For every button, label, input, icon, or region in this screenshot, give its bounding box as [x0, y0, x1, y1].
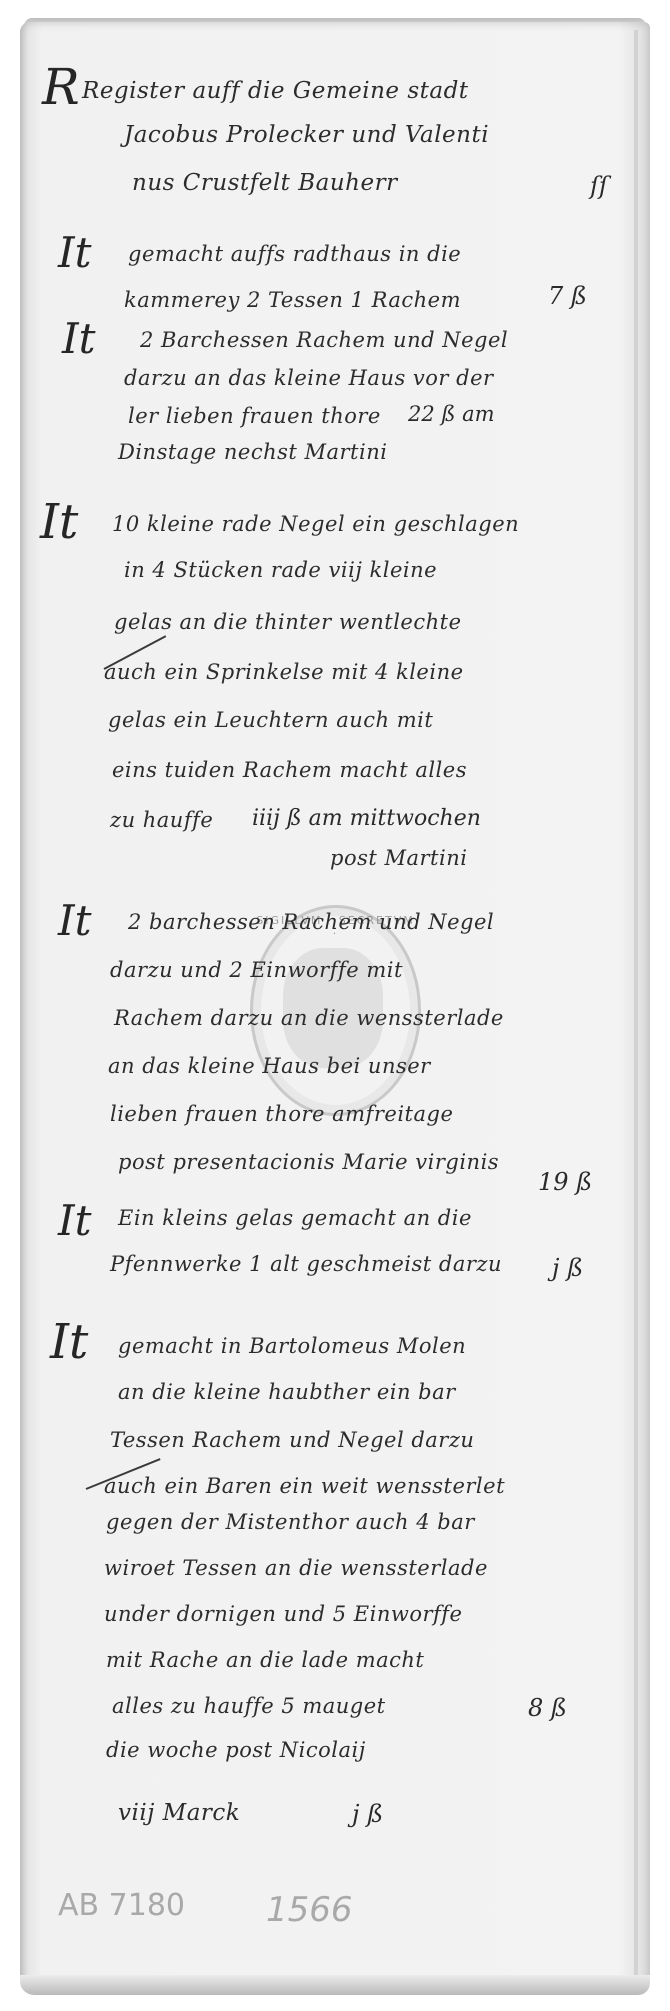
entry-line: auch ein Baren ein weit wenssterlet: [104, 1474, 505, 1498]
archive-signature: AB 7180: [58, 1888, 185, 1923]
entry-line: alles zu hauffe 5 mauget: [112, 1694, 386, 1718]
entry-line: Rachem darzu an die wenssterlade: [114, 1006, 504, 1030]
entry-amount: 19 ß: [538, 1168, 592, 1196]
entry-amount: 7 ß: [548, 282, 587, 310]
entry-line: Dinstage nechst Martini: [118, 440, 387, 464]
entry-line: wiroet Tessen an die wenssterlade: [104, 1556, 488, 1580]
entry-line: gemacht auffs radthaus in die: [128, 242, 461, 266]
entry-amount: j ß: [552, 1254, 583, 1282]
entry-line: darzu und 2 Einworffe mit: [110, 958, 403, 982]
heading-line: Register auff die Gemeine stadt: [82, 78, 469, 104]
entry-line: 2 Barchessen Rachem und Negel: [140, 328, 508, 352]
entry-line: gegen der Mistenthor auch 4 bar: [106, 1510, 475, 1534]
entry-line: mit Rache an die lade macht: [106, 1648, 424, 1672]
entry-line: die woche post Nicolaij: [106, 1738, 366, 1762]
total-line: viij Marck: [118, 1800, 240, 1826]
entry-initial: It: [58, 900, 91, 942]
entry-amount: ſſ: [590, 172, 608, 200]
entry-initial: It: [58, 1200, 91, 1242]
entry-line: darzu an das kleine Haus vor der: [124, 366, 494, 390]
entry-line: gelas an die thinter wentlechte: [114, 610, 462, 634]
entry-initial: It: [40, 498, 78, 546]
entry-line: in 4 Stücken rade viij kleine: [124, 558, 437, 582]
entry-line: Ein kleins gelas gemacht an die: [118, 1206, 472, 1230]
entry-line: eins tuiden Rachem macht alles: [112, 758, 467, 782]
entry-line: post Martini: [330, 846, 467, 870]
entry-line: Tessen Rachem und Negel darzu: [110, 1428, 474, 1452]
entry-line: gelas ein Leuchtern auch mit: [108, 708, 433, 732]
entry-amount: iiij ß am mittwochen: [252, 806, 481, 831]
entry-line: auch ein Sprinkelse mit 4 kleine: [104, 660, 464, 684]
entry-line: under dornigen und 5 Einworffe: [104, 1602, 462, 1626]
entry-line: 2 barchessen Rachem und Negel: [128, 910, 494, 934]
entry-line: kammerey 2 Tessen 1 Rachem: [124, 288, 461, 312]
entry-line: post presentacionis Marie virginis: [118, 1150, 499, 1174]
entry-initial: It: [58, 232, 91, 274]
page-bottom-edge: [20, 1975, 650, 1995]
entry-line: Pfennwerke 1 alt geschmeist darzu: [110, 1252, 502, 1276]
entry-line: ler lieben frauen thore: [128, 404, 381, 428]
entry-line: an die kleine haubther ein bar: [118, 1380, 456, 1404]
entry-amount: 8 ß: [528, 1694, 567, 1722]
heading-line: Jacobus Prolecker und Valenti: [124, 122, 489, 148]
entry-initial: R: [42, 62, 80, 112]
page-fold: [634, 30, 638, 1980]
entry-amount: 22 ß am: [408, 402, 495, 426]
entry-line: 10 kleine rade Negel ein geschlagen: [112, 512, 519, 536]
heading-line: nus Crustfelt Bauherr: [132, 170, 398, 196]
entry-line: lieben frauen thore amfreitage: [110, 1102, 453, 1126]
entry-line: gemacht in Bartolomeus Molen: [118, 1334, 466, 1358]
entry-line: an das kleine Haus bei unser: [108, 1054, 431, 1078]
entry-initial: It: [50, 1318, 88, 1366]
total-amount: j ß: [352, 1800, 383, 1828]
entry-initial: It: [62, 318, 95, 360]
archive-year: 1566: [266, 1890, 353, 1930]
entry-line: zu hauffe: [110, 808, 213, 832]
